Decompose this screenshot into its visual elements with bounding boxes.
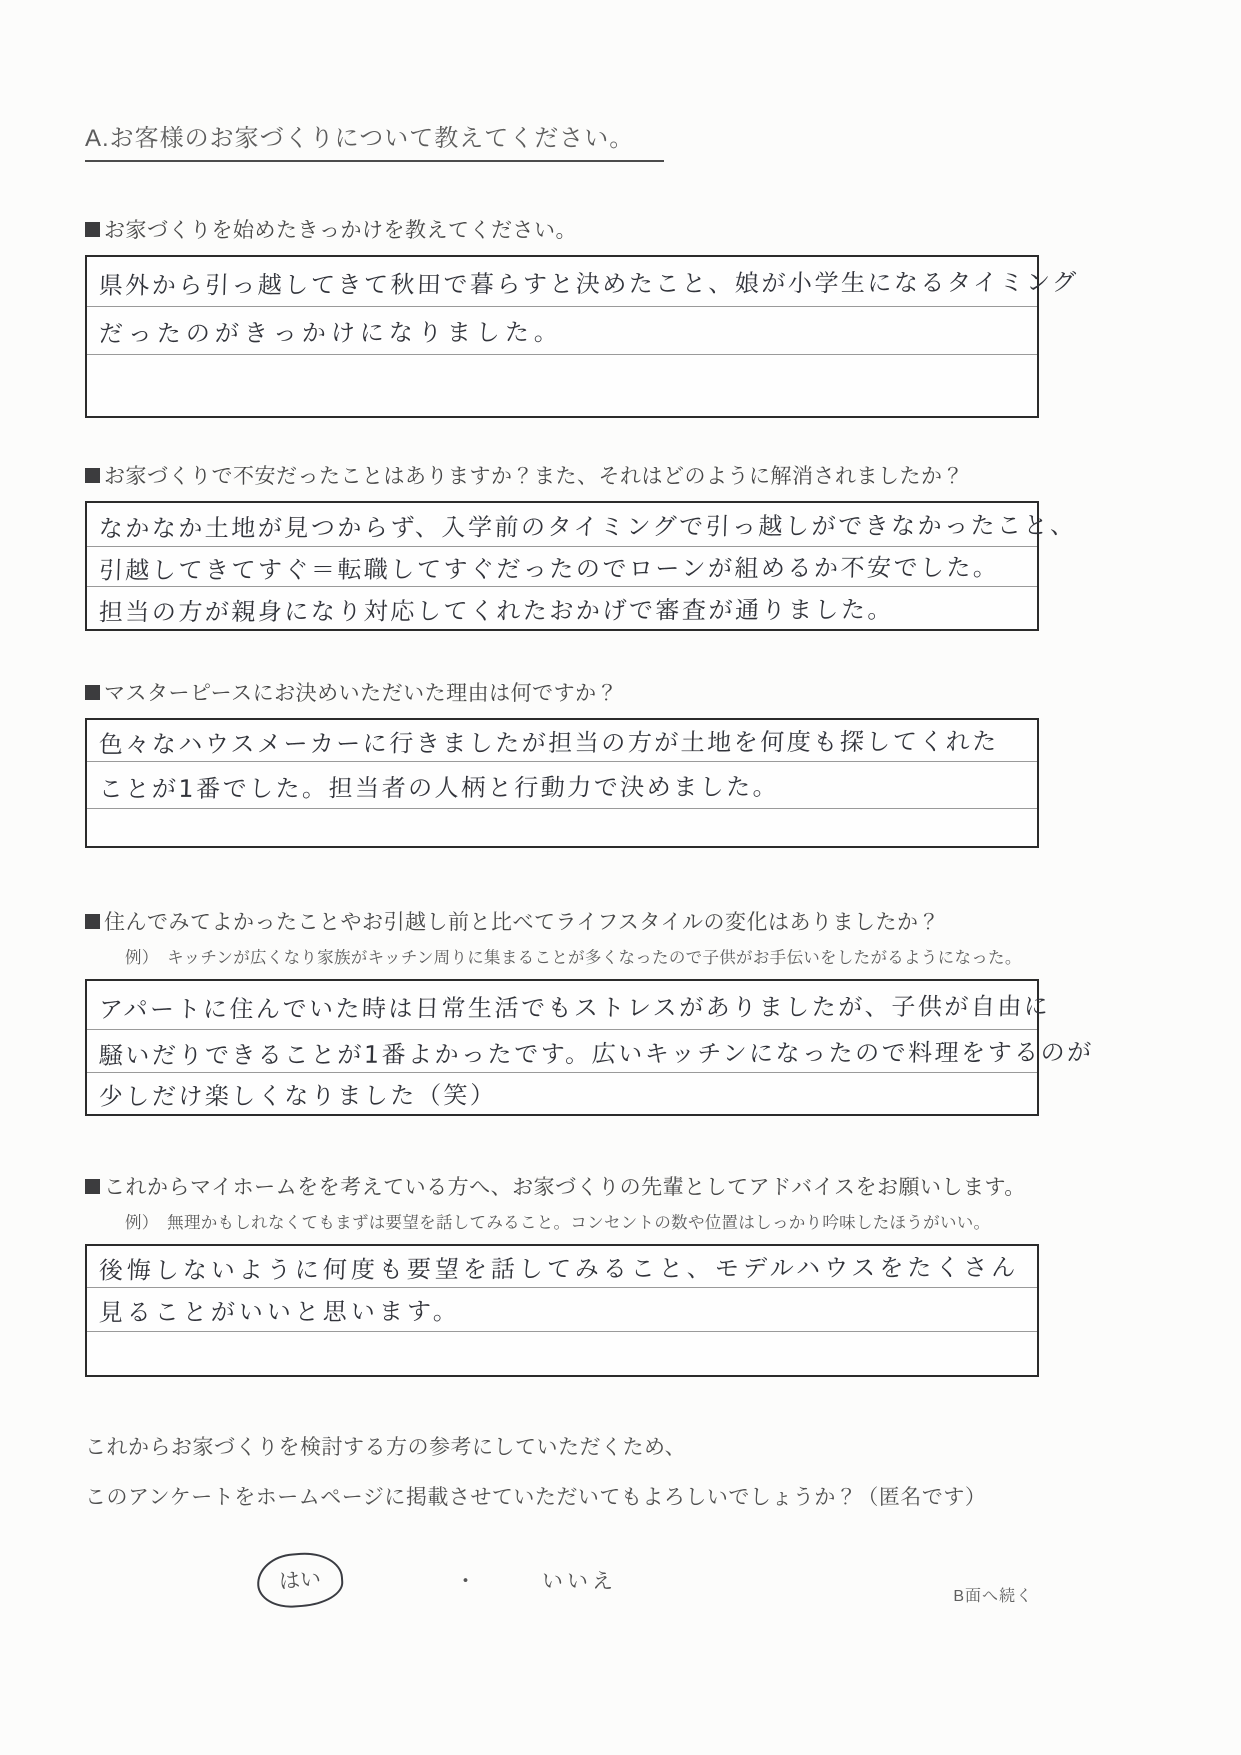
handwritten-answer-line: 後悔しないように何度も要望を話してみること、モデルハウスをたくさん [98, 1247, 1020, 1285]
answer-row: なかなか土地が見つからず、入学前のタイミングで引っ越しができなかったこと、 [87, 503, 1037, 547]
answer-row: 引越してきてすぐ＝転職してすぐだったのでローンが組めるか不安でした。 [87, 547, 1037, 587]
handwritten-answer-line: なかなか土地が見つからず、入学前のタイミングで引っ越しができなかったこと、 [98, 505, 1077, 543]
square-bullet-icon [85, 914, 100, 929]
answer-box-5: 後悔しないように何度も要望を話してみること、モデルハウスをたくさん 見ることがい… [85, 1244, 1039, 1377]
question-4-text: 住んでみてよかったことやお引越し前と比べてライフスタイルの変化はありましたか？ [104, 906, 940, 936]
answer-row: 担当の方が親身になり対応してくれたおかげで審査が通りました。 [87, 587, 1037, 629]
handwritten-answer-line: ことが1番でした。担当者の人柄と行動力で決めました。 [98, 766, 779, 803]
answer-box-3: 色々なハウスメーカーに行きましたが担当の方が土地を何度も探してくれた ことが1番… [85, 718, 1039, 848]
question-5-example: 例） 無理かもしれなくてもまずは要望を話してみること。コンセントの数や位置はしっ… [125, 1209, 1039, 1233]
answer-row: 騒いだりできることが1番よかったです。広いキッチンになったので料理をするのが [87, 1030, 1037, 1073]
consent-options: はい ・ いいえ [85, 1553, 1039, 1607]
handwritten-answer-line: 担当の方が親身になり対応してくれたおかげで審査が通りました。 [98, 589, 894, 627]
question-3-text: マスターピースにお決めいただいた理由は何ですか？ [104, 677, 618, 707]
answer-row [87, 1332, 1037, 1375]
consent-line-1: これからお家づくりを検討する方の参考にしていただくため、 [85, 1431, 1039, 1461]
handwritten-answer-line: アパートに住んでいた時は日常生活でもストレスがありましたが、子供が自由に [98, 986, 1051, 1024]
square-bullet-icon [85, 1179, 100, 1194]
handwritten-answer-line: 色々なハウスメーカーに行きましたが担当の方が土地を何度も探してくれた [98, 721, 999, 759]
question-5-text: これからマイホームをを考えている方へ、お家づくりの先輩としてアドバイスをお願いし… [104, 1171, 1026, 1201]
square-bullet-icon [85, 468, 100, 483]
answer-row [87, 355, 1037, 416]
handwritten-answer-line: 県外から引っ越してきて秋田で暮らすと決めたこと、娘が小学生になるタイミング [98, 262, 1079, 300]
scanned-questionnaire-page: A.お客様のお家づくりについて教えてください。 お家づくりを始めたきっかけを教え… [0, 0, 1241, 1755]
question-block-3: マスターピースにお決めいただいた理由は何ですか？ 色々なハウスメーカーに行きまし… [85, 677, 1039, 848]
handwritten-answer-line: 少しだけ楽しくなりました（笑） [98, 1075, 497, 1111]
answer-row: だったのがきっかけになりました。 [87, 307, 1037, 355]
question-5-label: これからマイホームをを考えている方へ、お家づくりの先輩としてアドバイスをお願いし… [85, 1171, 1039, 1201]
consent-section: これからお家づくりを検討する方の参考にしていただくため、 このアンケートをホーム… [85, 1431, 1039, 1511]
consent-yes-label: はい [278, 1568, 322, 1594]
question-block-4: 住んでみてよかったことやお引越し前と比べてライフスタイルの変化はありましたか？ … [85, 906, 1039, 1116]
answer-row [87, 809, 1037, 846]
handwritten-answer-line: 引越してきてすぐ＝転職してすぐだったのでローンが組めるか不安でした。 [98, 547, 1000, 585]
consent-line-2: このアンケートをホームページに掲載させていただいてもよろしいでしょうか？（匿名で… [85, 1481, 1039, 1511]
answer-row: 県外から引っ越してきて秋田で暮らすと決めたこと、娘が小学生になるタイミング [87, 257, 1037, 307]
question-3-label: マスターピースにお決めいただいた理由は何ですか？ [85, 677, 1039, 707]
page-title: A.お客様のお家づくりについて教えてください。 [85, 118, 664, 162]
option-separator-dot: ・ [455, 1565, 476, 1595]
question-block-2: お家づくりで不安だったことはありますか？また、それはどのように解消されましたか？… [85, 460, 1039, 631]
square-bullet-icon [85, 685, 100, 700]
square-bullet-icon [85, 222, 100, 237]
answer-box-1: 県外から引っ越してきて秋田で暮らすと決めたこと、娘が小学生になるタイミング だっ… [85, 255, 1039, 418]
consent-option-no: いいえ [542, 1565, 617, 1595]
answer-row: 後悔しないように何度も要望を話してみること、モデルハウスをたくさん [87, 1246, 1037, 1288]
answer-row: アパートに住んでいた時は日常生活でもストレスがありましたが、子供が自由に [87, 981, 1037, 1030]
handwritten-answer-line: 見ることがいいと思います。 [98, 1291, 461, 1327]
question-1-label: お家づくりを始めたきっかけを教えてください。 [85, 214, 1039, 244]
answer-box-4: アパートに住んでいた時は日常生活でもストレスがありましたが、子供が自由に 騒いだ… [85, 979, 1039, 1116]
continue-to-side-b-note: B面へ続く [953, 1583, 1033, 1606]
question-block-1: お家づくりを始めたきっかけを教えてください。 県外から引っ越してきて秋田で暮らす… [85, 214, 1039, 418]
handwritten-answer-line: だったのがきっかけになりました。 [98, 312, 563, 349]
handdrawn-circle-mark: はい [255, 1550, 345, 1610]
question-block-5: これからマイホームをを考えている方へ、お家づくりの先輩としてアドバイスをお願いし… [85, 1171, 1039, 1377]
answer-row: 色々なハウスメーカーに行きましたが担当の方が土地を何度も探してくれた [87, 720, 1037, 762]
question-2-text: お家づくりで不安だったことはありますか？また、それはどのように解消されましたか？ [104, 460, 964, 490]
question-4-label: 住んでみてよかったことやお引越し前と比べてライフスタイルの変化はありましたか？ [85, 906, 1039, 936]
answer-row: 見ることがいいと思います。 [87, 1288, 1037, 1332]
question-4-example: 例） キッチンが広くなり家族がキッチン周りに集まることが多くなったので子供がお手… [125, 944, 1039, 968]
page-content: A.お客様のお家づくりについて教えてください。 お家づくりを始めたきっかけを教え… [85, 118, 1039, 1607]
handwritten-answer-line: 騒いだりできることが1番よかったです。広いキッチンになったので料理をするのが [98, 1032, 1094, 1070]
question-2-label: お家づくりで不安だったことはありますか？また、それはどのように解消されましたか？ [85, 460, 1039, 490]
consent-option-yes-selected: はい [257, 1553, 343, 1607]
answer-row: ことが1番でした。担当者の人柄と行動力で決めました。 [87, 762, 1037, 809]
answer-row: 少しだけ楽しくなりました（笑） [87, 1073, 1037, 1114]
answer-box-2: なかなか土地が見つからず、入学前のタイミングで引っ越しができなかったこと、 引越… [85, 501, 1039, 631]
question-1-text: お家づくりを始めたきっかけを教えてください。 [104, 214, 577, 244]
